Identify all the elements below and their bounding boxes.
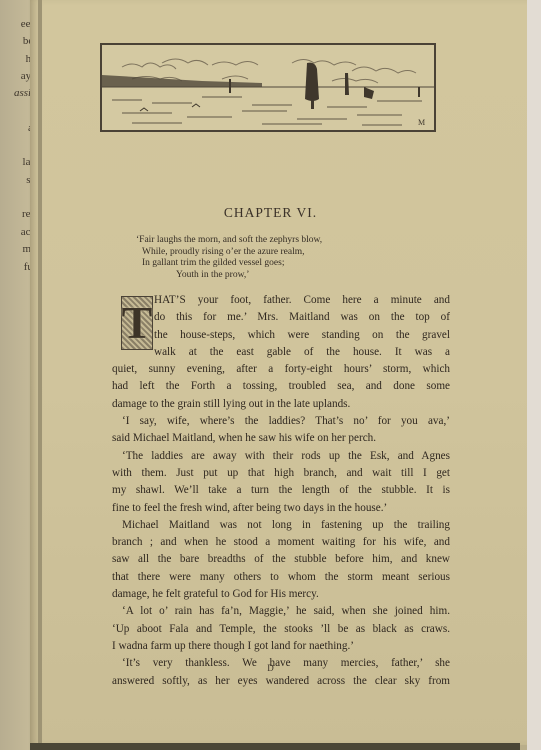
body-line: ‘I say, wife, where’s the laddies? That’… xyxy=(112,413,450,430)
epigraph-line: ‘Fair laughs the morn, and soft the zeph… xyxy=(136,235,322,247)
body-line: answered softly, as her eyes wandered ac… xyxy=(112,673,450,690)
epigraph-line: While, proudly rising o’er the azure rea… xyxy=(136,247,322,259)
signature-mark: D xyxy=(0,663,541,673)
body-line: fine to feel the fresh wind, after being… xyxy=(112,500,450,517)
body-line: walk at the east gable of the house. It … xyxy=(112,344,450,361)
body-line: do this for me.’ Mrs. Maitland was on th… xyxy=(112,309,450,326)
body-line: ‘A lot o’ rain has fa’n, Maggie,’ he sai… xyxy=(112,603,450,620)
seascape-illustration: M xyxy=(100,43,436,132)
page-bottom-shadow xyxy=(30,743,520,750)
body-line: ‘The laddies are away with their rods up… xyxy=(112,448,450,465)
body-line: damage to the grain still lying out in t… xyxy=(112,396,450,413)
book-gutter xyxy=(38,0,42,750)
body-line: damage, he felt grateful to God for His … xyxy=(112,586,450,603)
chapter-title: CHAPTER VI. xyxy=(0,205,541,221)
epigraph-line: In gallant trim the gilded vessel goes; xyxy=(136,258,322,270)
artist-signature: M xyxy=(418,118,425,127)
body-line: branch ; and when he stood a moment wait… xyxy=(112,534,450,551)
body-line: ‘Up aboot Fala and Temple, the stooks ’l… xyxy=(112,621,450,638)
body-line: saw all the bare breadths of the stubble… xyxy=(112,551,450,568)
body-line: Michael Maitland was not long in fasteni… xyxy=(112,517,450,534)
epigraph-line: Youth in the prow,’ xyxy=(136,270,322,282)
body-line: quiet, sunny evening, after a forty-eigh… xyxy=(112,361,450,378)
ship-seascape-icon: M xyxy=(102,45,434,130)
body-line: I wadna farm up there though I got land … xyxy=(112,638,450,655)
body-line: said Michael Maitland, when he saw his w… xyxy=(112,430,450,447)
body-line: my shawl. We’ll take a turn the length o… xyxy=(112,482,450,499)
chapter-body-text: HAT’S your foot, father. Come here a min… xyxy=(112,292,450,690)
body-line: that there were many others to whom the … xyxy=(112,569,450,586)
body-line: HAT’S your foot, father. Come here a min… xyxy=(112,292,450,309)
body-line: had left the Forth a tossing, troubled s… xyxy=(112,378,450,395)
background-edge xyxy=(527,0,541,750)
epigraph: ‘Fair laughs the morn, and soft the zeph… xyxy=(136,235,322,281)
body-line: the house-steps, which were standing on … xyxy=(112,327,450,344)
body-line: with them. Just put up that high branch,… xyxy=(112,465,450,482)
